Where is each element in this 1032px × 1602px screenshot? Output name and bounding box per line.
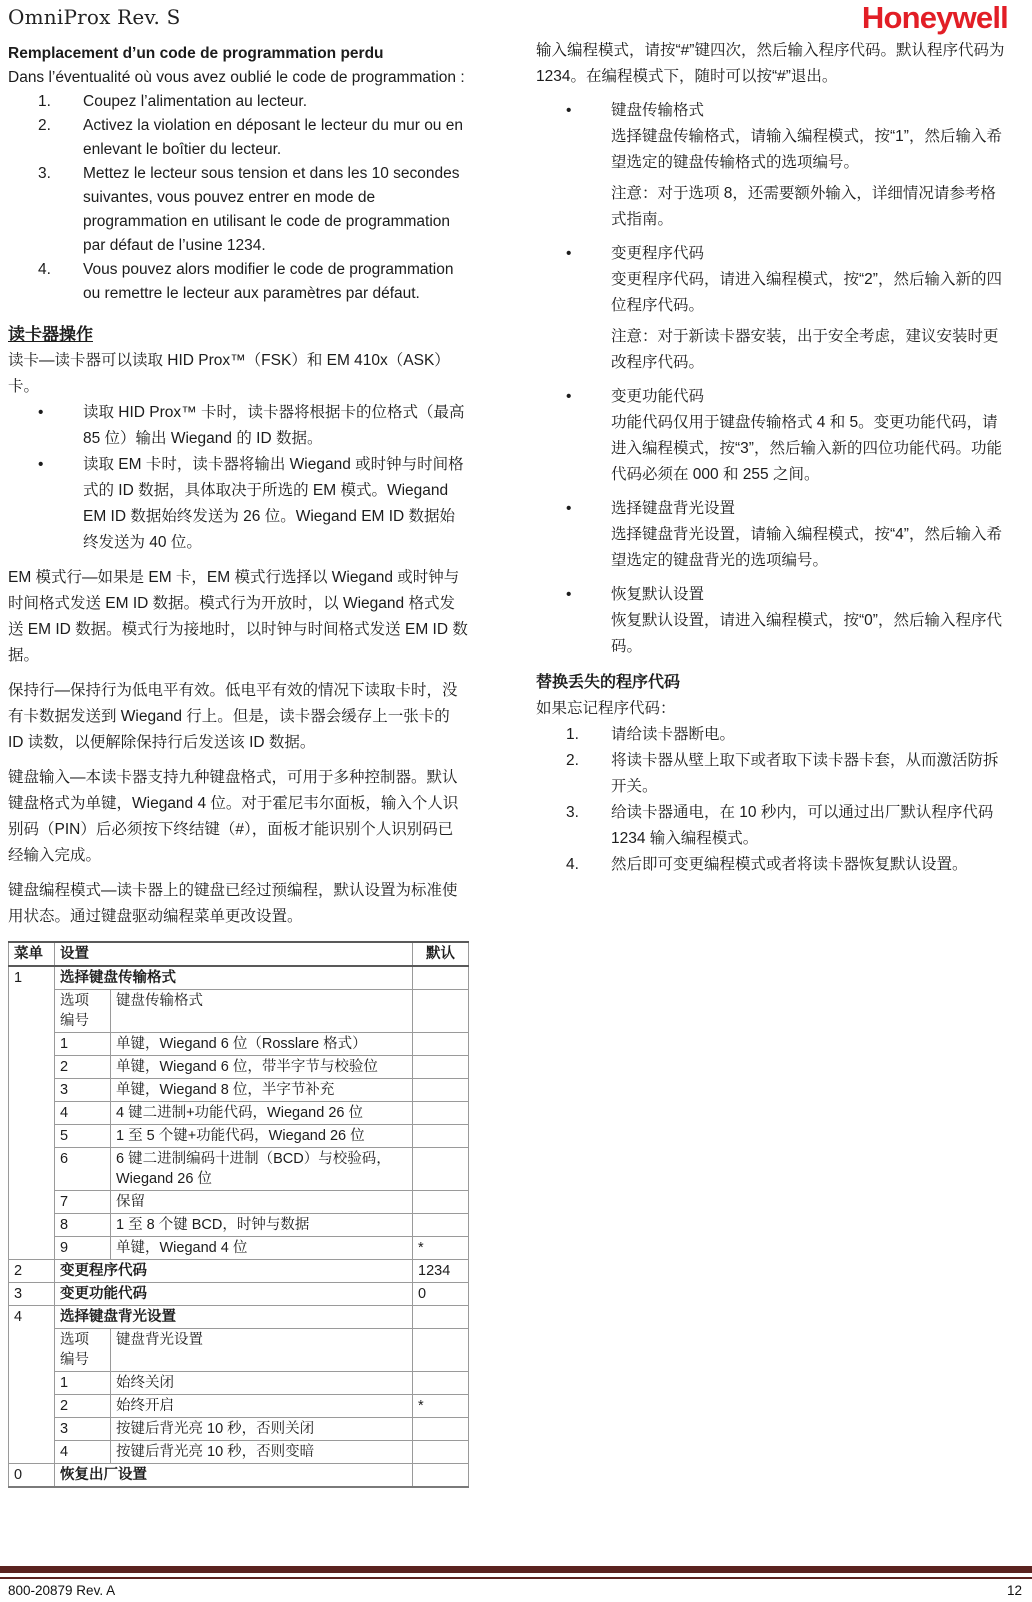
default-cell: [413, 1191, 469, 1214]
table-row: 5 1 至 5 个键+功能代码，Wiegand 26 位: [9, 1125, 469, 1148]
bullet-icon: •: [566, 98, 611, 233]
footer-rule-thin: [0, 1577, 1032, 1579]
lost-code-step: 3. 给读卡器通电，在 10 秒内，可以通过出厂默认程序代码 1234 输入编程…: [536, 800, 1008, 852]
step-number: 3.: [38, 162, 83, 258]
table-row: 0 恢复出厂设置: [9, 1464, 469, 1488]
bullet-body: 选择键盘传输格式，请输入编程模式，按“1”，然后输入希望选定的键盘传输格式的选项…: [611, 124, 1008, 176]
bullet-note: 注意：对于选项 8，还需要额外输入，详细情况请参考格式指南。: [611, 181, 1008, 233]
bullet-icon: •: [566, 496, 611, 574]
fr-step: 2. Activez la violation en déposant le l…: [8, 114, 468, 162]
default-cell: [413, 1033, 469, 1056]
bullet-icon: •: [566, 241, 611, 376]
ops-paragraph: 键盘输入—本读卡器支持九种键盘格式，可用于多种控制器。默认键盘格式为单键，Wie…: [8, 765, 468, 869]
step-number: 4.: [566, 852, 611, 878]
lost-code-step: 2. 将读卡器从壁上取下或者取下读卡器卡套，从而激活防拆开关。: [536, 748, 1008, 800]
step-text: Vous pouvez alors modifier le code de pr…: [83, 258, 468, 306]
programming-intro: 输入编程模式，请按“#”键四次，然后输入程序代码。默认程序代码为 1234。在编…: [536, 38, 1008, 90]
section-title-cell: 恢复出厂设置: [55, 1464, 413, 1488]
fr-step: 1. Coupez l’alimentation au lecteur.: [8, 90, 468, 114]
default-cell: [413, 1214, 469, 1237]
step-text: 将读卡器从壁上取下或者取下读卡器卡套，从而激活防拆开关。: [611, 748, 1008, 800]
option-num: 4: [55, 1102, 111, 1125]
section-title-cell: 变更程序代码: [55, 1260, 413, 1283]
honeywell-logo: Honeywell: [862, 0, 1008, 36]
bullet-title: 选择键盘背光设置: [611, 496, 1008, 522]
table-row: 8 1 至 8 个键 BCD，时钟与数据: [9, 1214, 469, 1237]
ops-paragraph: EM 模式行—如果是 EM 卡，EM 模式行选择以 Wiegand 或时钟与时间…: [8, 565, 468, 669]
bullet-icon: •: [38, 400, 83, 452]
default-cell: [413, 1125, 469, 1148]
default-cell: [413, 1372, 469, 1395]
ops-paragraph: 键盘编程模式—读卡器上的键盘已经过预编程，默认设置为标准使用状态。通过键盘驱动编…: [8, 878, 468, 930]
table-row: 4 按键后背光亮 10 秒，否则变暗: [9, 1441, 469, 1464]
table-row: 2 始终开启 *: [9, 1395, 469, 1418]
option-num: 6: [55, 1148, 111, 1191]
table-row: 3 变更功能代码 0: [9, 1283, 469, 1306]
table-row: 3 按键后背光亮 10 秒，否则关闭: [9, 1418, 469, 1441]
default-cell: [413, 1329, 469, 1372]
default-cell: 1234: [413, 1260, 469, 1283]
subheader-col1-text: 选项编号: [60, 991, 94, 1031]
option-num: 2: [55, 1395, 111, 1418]
bullet-icon: •: [566, 582, 611, 660]
bullet-body: 功能代码仅用于键盘传输格式 4 和 5。变更功能代码，请进入编程模式，按“3”，…: [611, 410, 1008, 488]
section-title-cell: 选择键盘传输格式: [55, 966, 413, 990]
col-header-setting: 设置: [55, 942, 413, 966]
option-num: 3: [55, 1418, 111, 1441]
bullet-body: 恢复默认设置，请进入编程模式，按“0”，然后输入程序代码。: [611, 608, 1008, 660]
default-cell: [413, 990, 469, 1033]
option-desc: 6 键二进制编码十进制（BCD）与校验码，Wiegand 26 位: [111, 1148, 413, 1191]
bullet-icon: •: [566, 384, 611, 488]
bullet-body: 选择键盘背光设置，请输入编程模式，按“4”，然后输入希望选定的键盘背光的选项编号…: [611, 522, 1008, 574]
option-num: 4: [55, 1441, 111, 1464]
menu-cell: 2: [9, 1260, 55, 1283]
fr-section-heading: Remplacement d’un code de programmation …: [8, 42, 468, 66]
page-title: OmniProx Rev. S: [8, 5, 181, 29]
table-row: 9 单键，Wiegand 4 位 *: [9, 1237, 469, 1260]
default-cell: [413, 1441, 469, 1464]
option-desc: 单键，Wiegand 4 位: [111, 1237, 413, 1260]
subheader-col1: 选项编号: [55, 990, 111, 1033]
bullet-body: 变更程序代码，请进入编程模式，按“2”，然后输入新的四位程序代码。: [611, 267, 1008, 319]
subheader-col1: 选项编号: [55, 1329, 111, 1372]
option-desc: 单键，Wiegand 6 位（Rosslare 格式）: [111, 1033, 413, 1056]
default-cell: 0: [413, 1283, 469, 1306]
col-header-menu: 菜单: [9, 942, 55, 966]
programming-bullet: • 变更功能代码 功能代码仅用于键盘传输格式 4 和 5。变更功能代码，请进入编…: [536, 384, 1008, 488]
bullet-note: 注意：对于新读卡器安装，出于安全考虑，建议安装时更改程序代码。: [611, 324, 1008, 376]
manual-page: { "header": { "doc_title": "OmniProx Rev…: [0, 0, 1032, 1602]
step-text: 请给读卡器断电。: [611, 722, 1008, 748]
step-text: 然后即可变更编程模式或者将读卡器恢复默认设置。: [611, 852, 1008, 878]
bullet-title: 恢复默认设置: [611, 582, 1008, 608]
section-title-cell: 选择键盘背光设置: [55, 1306, 413, 1329]
option-desc: 单键，Wiegand 6 位，带半字节与校验位: [111, 1056, 413, 1079]
menu-cell: 4: [9, 1306, 55, 1464]
option-desc: 始终关闭: [111, 1372, 413, 1395]
option-desc: 1 至 8 个键 BCD，时钟与数据: [111, 1214, 413, 1237]
option-num: 5: [55, 1125, 111, 1148]
programming-bullet: • 键盘传输格式 选择键盘传输格式，请输入编程模式，按“1”，然后输入希望选定的…: [536, 98, 1008, 233]
fr-step: 3. Mettez le lecteur sous tension et dan…: [8, 162, 468, 258]
ops-paragraph: 保持行—保持行为低电平有效。低电平有效的情况下读取卡时，没有卡数据发送到 Wie…: [8, 678, 468, 756]
step-number: 1.: [566, 722, 611, 748]
table-header-row: 菜单 设置 默认: [9, 942, 469, 966]
table-row: 1 单键，Wiegand 6 位（Rosslare 格式）: [9, 1033, 469, 1056]
table-row: 1 始终关闭: [9, 1372, 469, 1395]
option-desc: 按键后背光亮 10 秒，否则关闭: [111, 1418, 413, 1441]
option-desc: 4 键二进制+功能代码，Wiegand 26 位: [111, 1102, 413, 1125]
step-text: 给读卡器通电，在 10 秒内，可以通过出厂默认程序代码 1234 输入编程模式。: [611, 800, 1008, 852]
table-row: 3 单键，Wiegand 8 位，半字节补充: [9, 1079, 469, 1102]
table-row: 2 单键，Wiegand 6 位，带半字节与校验位: [9, 1056, 469, 1079]
bullet-title: 变更功能代码: [611, 384, 1008, 410]
footer-rule-thick: [0, 1566, 1032, 1573]
bullet-icon: •: [38, 452, 83, 556]
lost-code-heading: 替换丢失的程序代码: [536, 670, 1008, 696]
bullet-text: 读取 HID Prox™ 卡时，读卡器将根据卡的位格式（最高 85 位）输出 W…: [83, 400, 468, 452]
left-column: Remplacement d’un code de programmation …: [8, 42, 468, 1488]
default-cell: [413, 1148, 469, 1191]
menu-cell: 3: [9, 1283, 55, 1306]
programming-bullet: • 变更程序代码 变更程序代码，请进入编程模式，按“2”，然后输入新的四位程序代…: [536, 241, 1008, 376]
col-header-default: 默认: [413, 942, 469, 966]
default-cell: [413, 1306, 469, 1329]
default-cell: [413, 1102, 469, 1125]
default-cell: [413, 1464, 469, 1488]
table-row: 6 6 键二进制编码十进制（BCD）与校验码，Wiegand 26 位: [9, 1148, 469, 1191]
table-row: 4 4 键二进制+功能代码，Wiegand 26 位: [9, 1102, 469, 1125]
default-cell: *: [413, 1237, 469, 1260]
programming-bullet: • 恢复默认设置 恢复默认设置，请进入编程模式，按“0”，然后输入程序代码。: [536, 582, 1008, 660]
table-row: 选项编号 键盘背光设置: [9, 1329, 469, 1372]
table-row: 7 保留: [9, 1191, 469, 1214]
programming-bullet: • 选择键盘背光设置 选择键盘背光设置，请输入编程模式，按“4”，然后输入希望选…: [536, 496, 1008, 574]
table-row: 1 选择键盘传输格式: [9, 966, 469, 990]
step-number: 3.: [566, 800, 611, 852]
option-desc: 单键，Wiegand 8 位，半字节补充: [111, 1079, 413, 1102]
default-cell: [413, 966, 469, 990]
option-num: 1: [55, 1372, 111, 1395]
step-number: 1.: [38, 90, 83, 114]
option-desc: 1 至 5 个键+功能代码，Wiegand 26 位: [111, 1125, 413, 1148]
default-cell: [413, 1056, 469, 1079]
table-row: 4 选择键盘背光设置: [9, 1306, 469, 1329]
subheader-col2: 键盘背光设置: [111, 1329, 413, 1372]
option-desc: 按键后背光亮 10 秒，否则变暗: [111, 1441, 413, 1464]
option-num: 1: [55, 1033, 111, 1056]
section-title-cell: 变更功能代码: [55, 1283, 413, 1306]
ops-bullet: • 读取 HID Prox™ 卡时，读卡器将根据卡的位格式（最高 85 位）输出…: [8, 400, 468, 452]
subheader-col1-text: 选项编号: [60, 1330, 94, 1370]
default-cell: *: [413, 1395, 469, 1418]
ops-bullet: • 读取 EM 卡时，读卡器将输出 Wiegand 或时钟与时间格式的 ID 数…: [8, 452, 468, 556]
footer-page-number: 12: [1007, 1583, 1022, 1598]
bullet-text: 读取 EM 卡时，读卡器将输出 Wiegand 或时钟与时间格式的 ID 数据，…: [83, 452, 468, 556]
default-cell: [413, 1079, 469, 1102]
step-text: Coupez l’alimentation au lecteur.: [83, 90, 468, 114]
option-num: 9: [55, 1237, 111, 1260]
reader-ops-heading: 读卡器操作: [8, 322, 468, 348]
step-number: 2.: [38, 114, 83, 162]
step-number: 2.: [566, 748, 611, 800]
bullet-title: 键盘传输格式: [611, 98, 1008, 124]
lost-code-step: 1. 请给读卡器断电。: [536, 722, 1008, 748]
option-num: 2: [55, 1056, 111, 1079]
option-num: 3: [55, 1079, 111, 1102]
default-cell: [413, 1418, 469, 1441]
subheader-col2: 键盘传输格式: [111, 990, 413, 1033]
lost-code-step: 4. 然后即可变更编程模式或者将读卡器恢复默认设置。: [536, 852, 1008, 878]
option-desc: 保留: [111, 1191, 413, 1214]
step-number: 4.: [38, 258, 83, 306]
option-num: 7: [55, 1191, 111, 1214]
reader-ops-intro: 读卡—读卡器可以读取 HID Prox™（FSK）和 EM 410x（ASK）卡…: [8, 348, 468, 400]
settings-table: 菜单 设置 默认 1 选择键盘传输格式 选项编号 键盘传输格式 1 单键，Wie…: [8, 941, 469, 1488]
right-column: 输入编程模式，请按“#”键四次，然后输入程序代码。默认程序代码为 1234。在编…: [536, 38, 1008, 878]
lost-code-intro: 如果忘记程序代码：: [536, 696, 1008, 722]
footer-doc-number: 800-20879 Rev. A: [8, 1583, 115, 1598]
option-num: 8: [55, 1214, 111, 1237]
menu-cell: 1: [9, 966, 55, 1260]
table-row: 选项编号 键盘传输格式: [9, 990, 469, 1033]
bullet-title: 变更程序代码: [611, 241, 1008, 267]
table-row: 2 变更程序代码 1234: [9, 1260, 469, 1283]
fr-step: 4. Vous pouvez alors modifier le code de…: [8, 258, 468, 306]
step-text: Activez la violation en déposant le lect…: [83, 114, 468, 162]
menu-cell: 0: [9, 1464, 55, 1488]
step-text: Mettez le lecteur sous tension et dans l…: [83, 162, 468, 258]
option-desc: 始终开启: [111, 1395, 413, 1418]
fr-intro: Dans l’éventualité où vous avez oublié l…: [8, 66, 468, 90]
